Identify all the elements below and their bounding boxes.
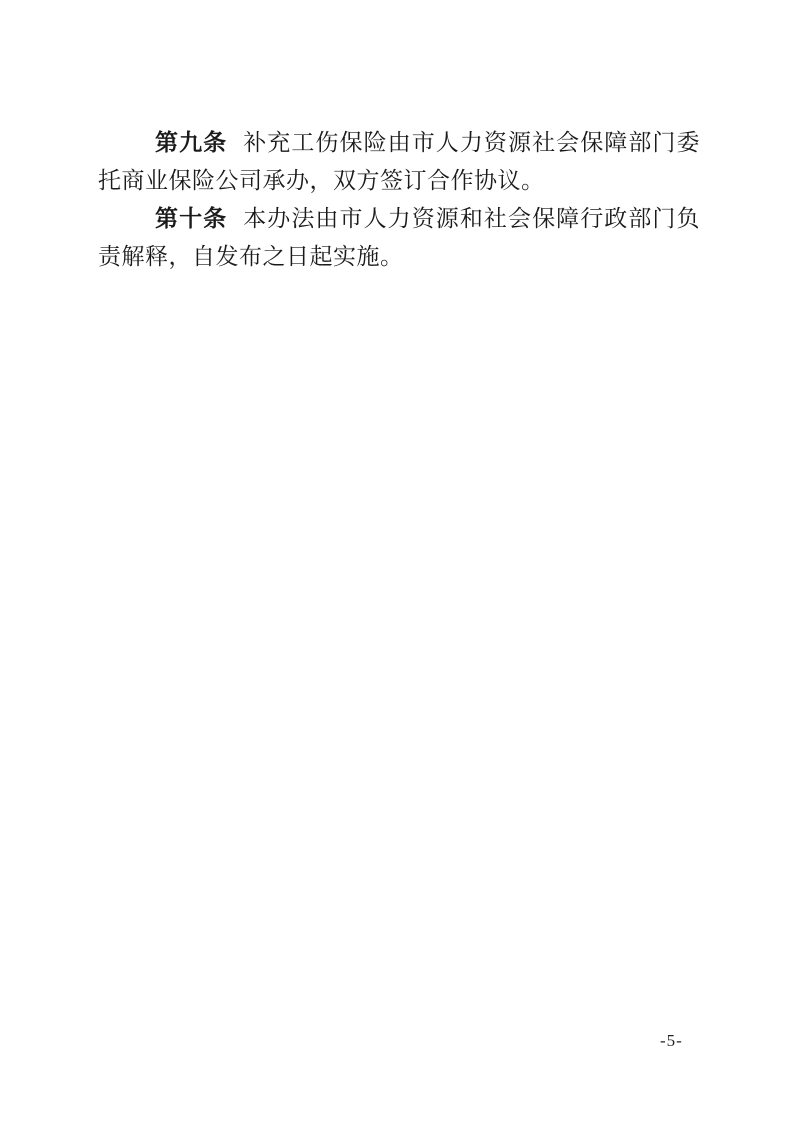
page-number: -5-	[660, 1031, 683, 1051]
paragraph-article-10: 第十条本办法由市人力资源和社会保障行政部门负责解释，自发布之日起实施。	[98, 200, 700, 276]
article-10-term: 第十条	[155, 206, 227, 231]
paragraph-article-9: 第九条补充工伤保险由市人力资源社会保障部门委托商业保险公司承办，双方签订合作协议…	[98, 124, 700, 200]
text-block: 第九条补充工伤保险由市人力资源社会保障部门委托商业保险公司承办，双方签订合作协议…	[98, 124, 700, 276]
document-page: 第九条补充工伤保险由市人力资源社会保障部门委托商业保险公司承办，双方签订合作协议…	[0, 0, 793, 1122]
article-9-term: 第九条	[155, 130, 227, 155]
